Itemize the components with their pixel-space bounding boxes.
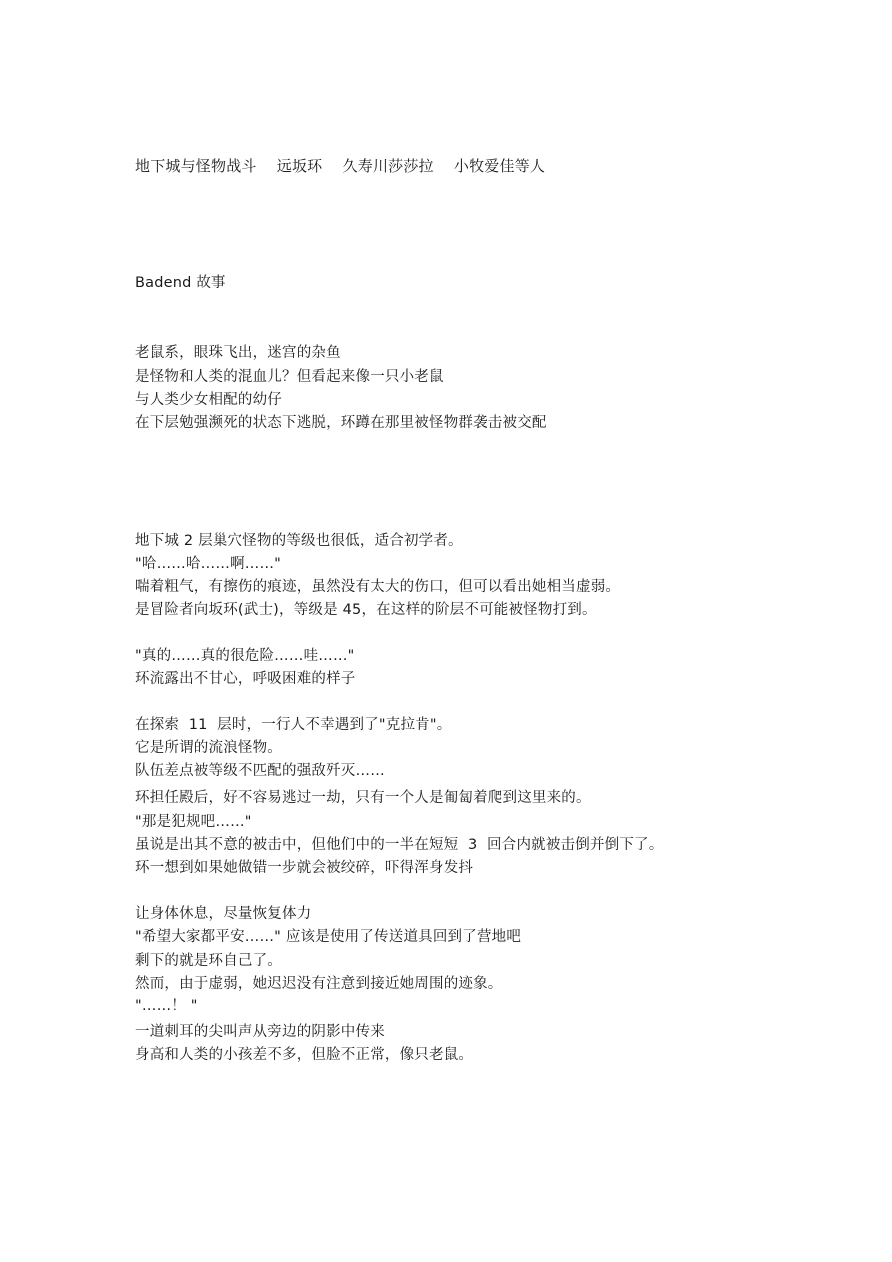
text-line: 与人类少女相配的幼仔	[135, 390, 282, 410]
text-line: 在探索 11 层时，一行人不幸遇到了"克拉肯"。	[135, 715, 451, 735]
section-heading: Badend 故事	[135, 273, 226, 293]
text-line: 喘着粗气，有擦伤的痕迹，虽然没有太大的伤口，但可以看出她相当虚弱。	[135, 577, 620, 597]
text-line: 在下层勉强濒死的状态下逃脱，环蹲在那里被怪物群袭击被交配	[135, 413, 547, 433]
document-page: 地下城与怪物战斗 远坂环 久寿川莎莎拉 小牧爱佳等人 Badend 故事 老鼠系…	[0, 0, 892, 1262]
text-line: 它是所谓的流浪怪物。	[135, 738, 282, 758]
text-line: 一道刺耳的尖叫声从旁边的阴影中传来	[135, 1022, 385, 1042]
text-line: 地下城 2 层巢穴怪物的等级也很低，适合初学者。	[135, 531, 463, 551]
text-line: 然而，由于虚弱，她迟迟没有注意到接近她周围的迹象。	[135, 974, 503, 994]
text-line: 老鼠系，眼珠飞出，迷宫的杂鱼	[135, 343, 341, 363]
text-line: 环流露出不甘心，呼吸困难的样子	[135, 669, 356, 689]
text-line: 环担任殿后，好不容易逃过一劫，只有一个人是匍匐着爬到这里来的。	[135, 788, 591, 808]
text-line: 是怪物和人类的混血儿？但看起来像一只小老鼠	[135, 367, 444, 387]
text-line: 让身体休息，尽量恢复体力	[135, 904, 311, 924]
text-line: 剩下的就是环自己了。	[135, 951, 282, 971]
text-line: "真的……真的很危险……哇……"	[135, 646, 355, 666]
text-line: 虽说是出其不意的被击中，但他们中的一半在短短 3 回合内就被击倒并倒下了。	[135, 835, 663, 855]
text-line: "……！ "	[135, 996, 198, 1016]
text-line: 是冒险者向坂环(武士)，等级是 45，在这样的阶层不可能被怪物打到。	[135, 600, 597, 620]
text-line: 环一想到如果她做错一步就会被绞碎，吓得浑身发抖	[135, 858, 473, 878]
text-line: 身高和人类的小孩差不多，但脸不正常，像只老鼠。	[135, 1045, 473, 1065]
text-line: "哈……哈……啊……"	[135, 554, 281, 574]
text-line: 队伍差点被等级不匹配的强敌歼灭……	[135, 761, 385, 781]
text-line: "希望大家都平安……" 应该是使用了传送道具回到了营地吧	[135, 927, 521, 947]
text-line: "那是犯规吧……"	[135, 812, 252, 832]
title-line: 地下城与怪物战斗 远坂环 久寿川莎莎拉 小牧爱佳等人	[135, 156, 545, 176]
